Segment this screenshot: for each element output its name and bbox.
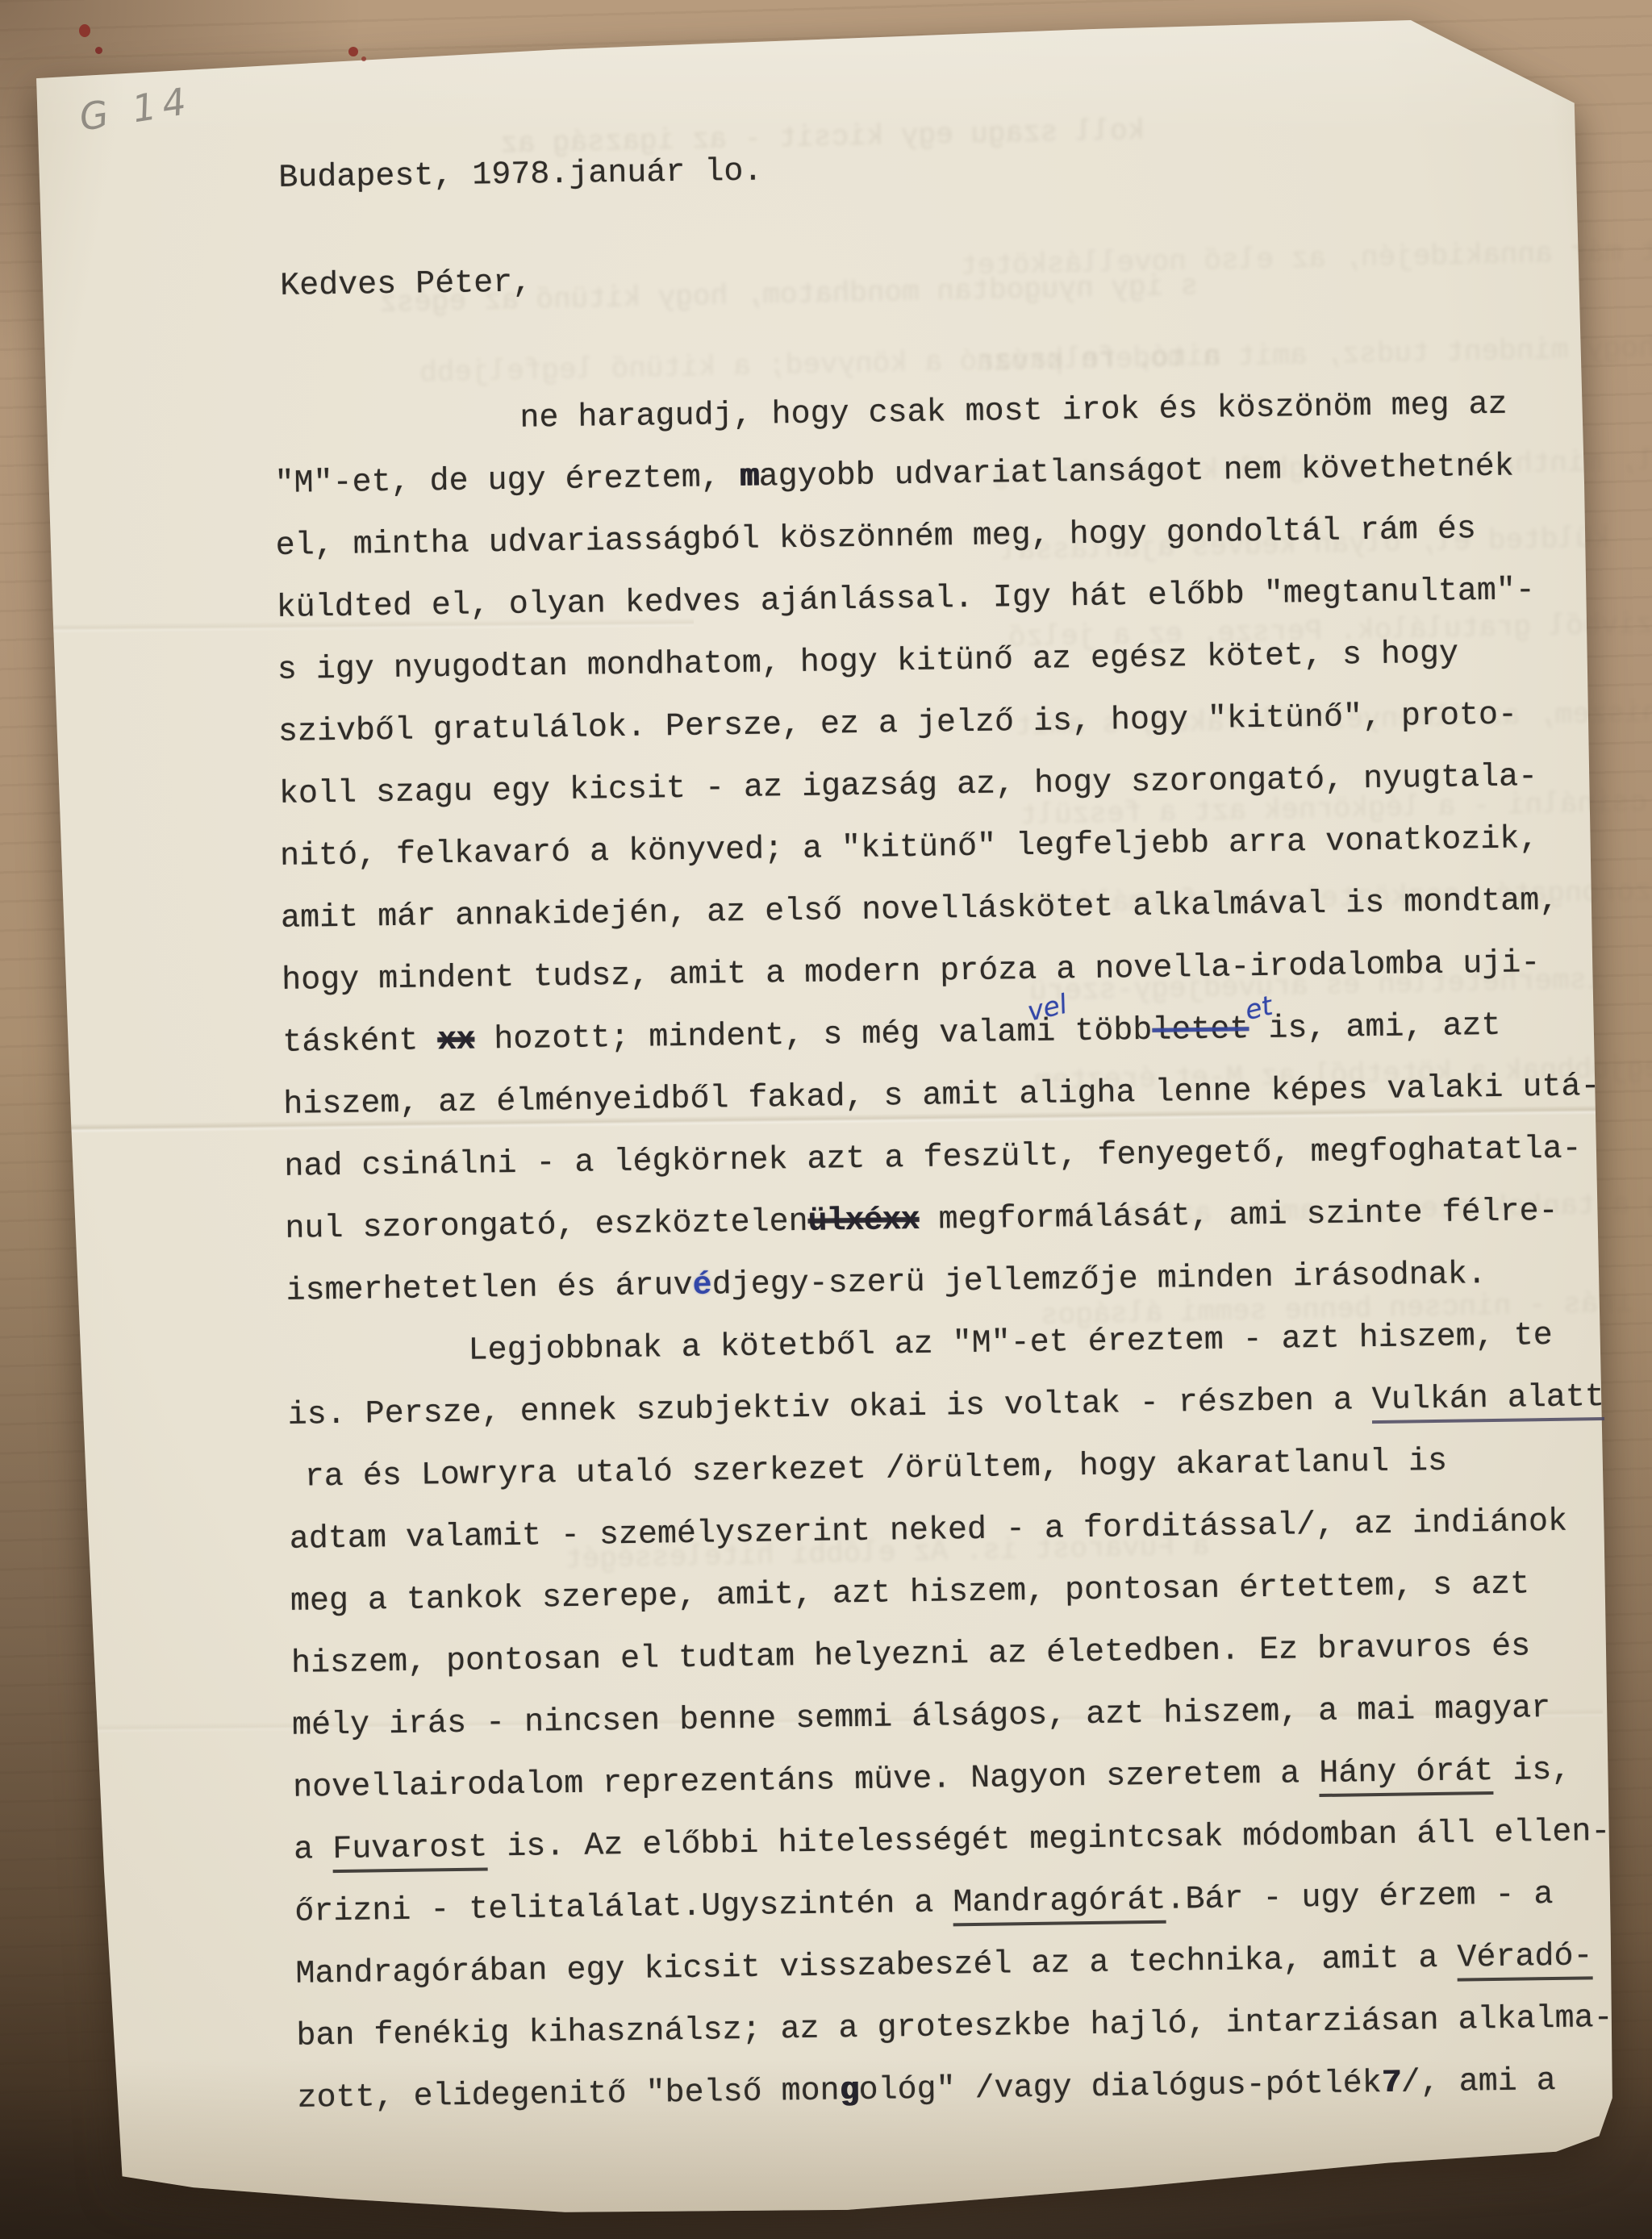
letter-segment-xb: xx xyxy=(437,1023,475,1060)
letter-line: amit már annakidején, az első novelláskö… xyxy=(281,881,1559,940)
letter-line: ismerhetetlen és áruvédjegy-szerü jellem… xyxy=(286,1254,1487,1313)
letter-line: "M"-et, de ugy éreztem, magyobb udvariat… xyxy=(274,447,1514,506)
letter-segment: .Bár - ugy érzem - a xyxy=(1166,1877,1554,1919)
letter-segment: ban fenékig kihasználsz; az a groteszkbe… xyxy=(296,2000,1613,2055)
letter-line: ne haragudj, hogy csak most irok és kösz… xyxy=(519,385,1508,440)
letter-segment-u: Vulkán alatt xyxy=(1372,1379,1605,1424)
letter-segment: /, ami a xyxy=(1400,2063,1556,2102)
letter-segment: el, mintha udvariasságból köszönném meg,… xyxy=(275,511,1476,565)
letter-line: adtam valamit - személyszerint neked - a… xyxy=(290,1502,1568,1561)
letter-segment: Mandragórában egy kicsit visszabeszél az… xyxy=(295,1941,1458,1993)
letter-line: küldted el, olyan kedves ajánlással. Igy… xyxy=(276,570,1535,630)
letter-segment: koll szagu egy kicsit - az igazság az, h… xyxy=(279,759,1538,813)
letter-segment: ismerhetetlen és áruv xyxy=(286,1268,693,1310)
letter-line: el, mintha udvariasságból köszönném meg,… xyxy=(275,509,1476,568)
red-speck xyxy=(361,56,366,61)
letter-line: mély irás - nincsen benne semmi álságos,… xyxy=(292,1688,1551,1748)
date-line: Budapest, 1978.január lo. xyxy=(278,151,763,199)
letter-line: hiszem, pontosan el tudtam helyezni az é… xyxy=(291,1626,1531,1685)
letter-segment: zott, elidegenitő "belső mon xyxy=(297,2073,840,2116)
letter-segment: Budapest, 1978.január lo. xyxy=(278,153,763,196)
letter-line: nul szorongató, eszköztelenülxéxx megfor… xyxy=(285,1191,1558,1251)
letter-segment-ink: é xyxy=(692,1267,712,1303)
letter-segment-u2: Mandragórát xyxy=(953,1883,1166,1927)
letter-line: nad csinálni - a légkörnek azt a feszült… xyxy=(284,1128,1582,1188)
letter-segment: ológ" /vagy dialógus-pótlék xyxy=(858,2066,1382,2109)
letter-segment-u2: Fuvarost xyxy=(332,1829,488,1873)
letter-segment-xb2: g xyxy=(839,2073,859,2109)
letter-segment: "M"-et, de ugy éreztem, xyxy=(274,460,740,502)
letter-segment: a xyxy=(294,1832,333,1869)
letter-segment-xb2: m xyxy=(739,460,759,496)
red-speck xyxy=(79,24,90,37)
letter-segment: is, xyxy=(1493,1753,1571,1790)
letter-segment: ra és Lowryra utaló szerkezet /örültem, … xyxy=(305,1444,1448,1496)
letter-segment: nitó, felkavaró a könyved; a "kitünő" le… xyxy=(280,821,1539,875)
letter-line: ra és Lowryra utaló szerkezet /örültem, … xyxy=(304,1441,1447,1499)
letter-segment-xhw: letet xyxy=(1152,1011,1249,1049)
letter-segment-xb2: 7 xyxy=(1381,2066,1401,2102)
letter-segment: agyobb udvariatlanságot nem követhetnék xyxy=(758,449,1514,496)
letter-segment: novellairodalom reprezentáns müve. Nagyo… xyxy=(293,1756,1320,1807)
letter-segment: is, ami, azt xyxy=(1249,1008,1501,1048)
letter-segment: is. Persze, ennek szubjektiv okai is vol… xyxy=(287,1382,1372,1434)
letter-line: koll szagu egy kicsit - az igazság az, h… xyxy=(279,757,1538,816)
letter-segment: s igy nyugodtan mondhatom, hogy kitünő a… xyxy=(277,636,1459,688)
red-speck xyxy=(348,47,358,56)
letter-segment: szivből gratulálok. Persze, ez a jelző i… xyxy=(278,697,1518,750)
photo-background: koll szagu egy kicsit - az igazság azs i… xyxy=(0,0,1652,2239)
letter-segment: ne haragudj, hogy csak most irok és kösz… xyxy=(519,387,1508,437)
letter-segment: hiszem, pontosan el tudtam helyezni az é… xyxy=(291,1628,1531,1682)
letter-segment: adtam valamit - személyszerint neked - a… xyxy=(290,1504,1568,1558)
letter-segment: hogy mindent tudsz, amit a modern próza … xyxy=(282,945,1541,999)
letter-segment: megformálását, ami szinte félre- xyxy=(919,1194,1558,1239)
red-speck xyxy=(95,47,102,54)
letter-line: Legjobbnak a kötetből az "M"-et éreztem … xyxy=(468,1315,1553,1373)
letter-line: meg a tankok szerepe, amit, azt hiszem, … xyxy=(290,1564,1530,1623)
letter-segment: Kedves Péter, xyxy=(280,265,532,304)
letter-line: novellairodalom reprezentáns müve. Nagyo… xyxy=(293,1750,1571,1810)
letter-line: nitó, felkavaró a könyved; a "kitünő" le… xyxy=(280,819,1539,878)
letter-segment: őrizni - telitalálat.Ugyszintén a xyxy=(294,1885,953,1930)
letter-segment: küldted el, olyan kedves ajánlással. Igy… xyxy=(276,573,1535,627)
letter-segment: hiszem, az élményeidből fakad, s amit al… xyxy=(283,1069,1600,1124)
letter-segment: amit már annakidején, az első novelláskö… xyxy=(281,883,1559,937)
letter-line: zott, elidegenitő "belső mongológ" /vagy… xyxy=(297,2061,1556,2120)
letter-segment: is. Az előbbi hitelességét megintcsak mó… xyxy=(487,1814,1611,1866)
letter-line: a Fuvarost is. Az előbbi hitelességét me… xyxy=(294,1812,1611,1872)
salutation: Kedves Péter, xyxy=(280,262,532,307)
typewritten-letter: Budapest, 1978.január lo.Kedves Péter,ne… xyxy=(270,139,1652,2158)
letter-line: s igy nyugodtan mondhatom, hogy kitünő a… xyxy=(277,633,1459,691)
letter-line: hogy mindent tudsz, amit a modern próza … xyxy=(282,943,1541,1003)
letter-line: tásként xx hozott; mindent, s még valami… xyxy=(282,1006,1501,1065)
letter-line: is. Persze, ennek szubjektiv okai is vol… xyxy=(287,1377,1604,1437)
letter-segment: nul szorongató, eszköztelen xyxy=(285,1204,808,1248)
letter-segment-u2: Hány órát xyxy=(1319,1753,1494,1797)
letter-segment: tásként xyxy=(282,1023,438,1061)
letter-segment: nad csinálni - a légkörnek azt a feszült… xyxy=(284,1131,1582,1185)
letter-segment: hozott; mindent, s még valami xyxy=(474,1015,1056,1059)
letter-segment: Legjobbnak a kötetből az "M"-et éreztem … xyxy=(468,1318,1553,1370)
letter-line: hiszem, az élményeidből fakad, s amit al… xyxy=(283,1066,1600,1127)
letter-segment: mély irás - nincsen benne semmi álságos,… xyxy=(292,1691,1551,1745)
letter-line: Mandragórában egy kicsit visszabeszél az… xyxy=(295,1936,1593,1995)
letter-line: ban fenékig kihasználsz; az a groteszkbe… xyxy=(296,1998,1613,2058)
letter-segment: djegy-szerü jellemzője minden irásodnak. xyxy=(711,1257,1487,1303)
letter-line: őrizni - telitalálat.Ugyszintén a Mandra… xyxy=(294,1874,1554,1934)
letter-line: szivből gratulálok. Persze, ez a jelző i… xyxy=(278,694,1518,753)
letter-segment-xb: ülxéxx xyxy=(807,1203,920,1240)
letter-segment: meg a tankok szerepe, amit, azt hiszem, … xyxy=(290,1566,1530,1620)
letter-segment-u2: Véradó- xyxy=(1457,1938,1593,1981)
